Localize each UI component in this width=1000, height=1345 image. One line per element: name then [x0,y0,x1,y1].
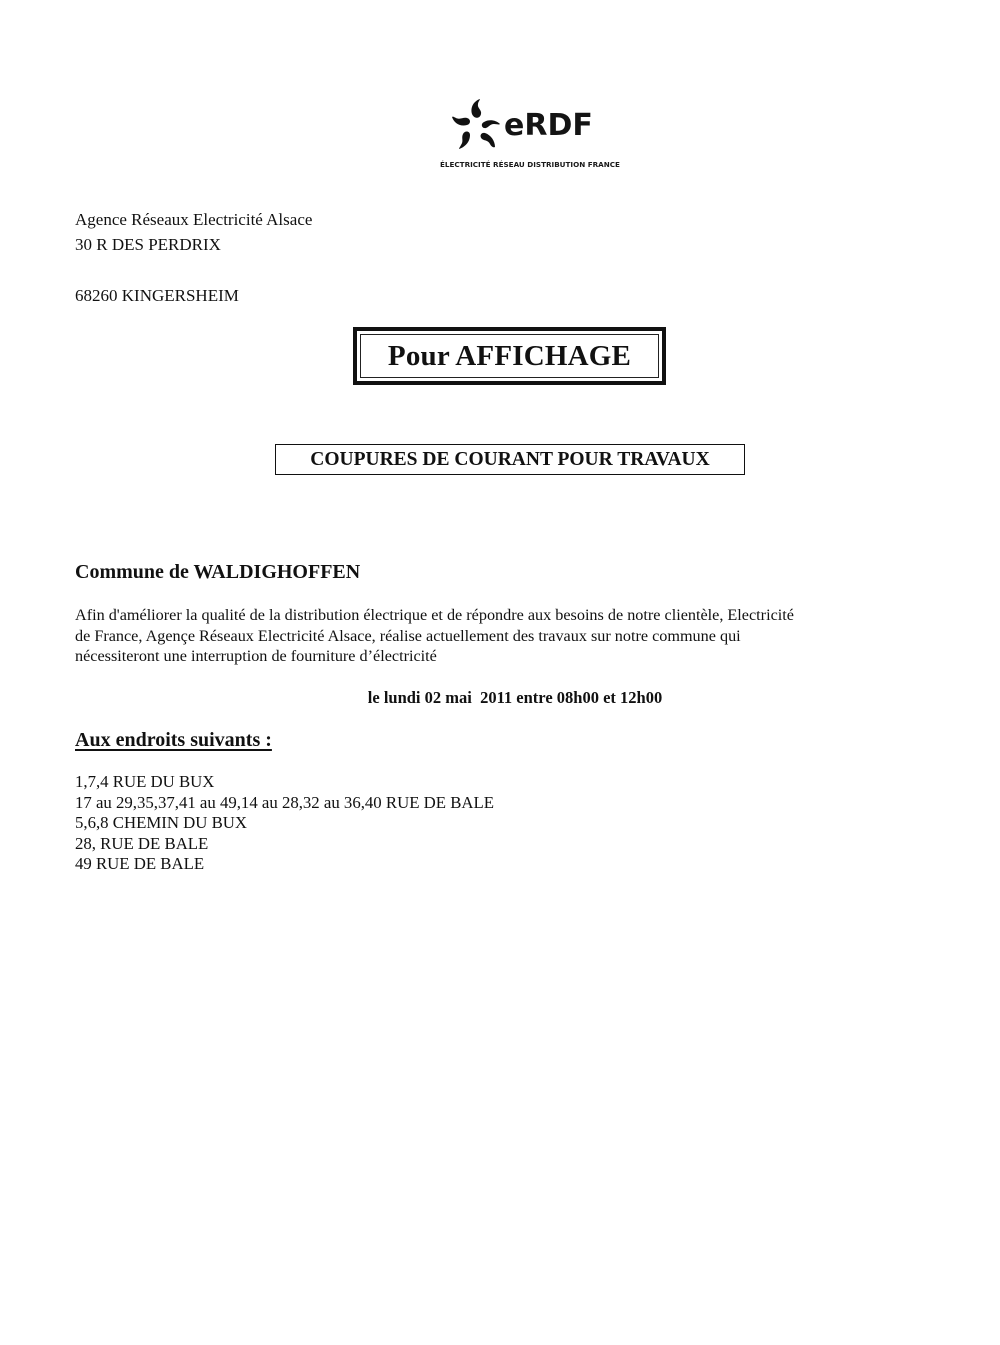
subject-box: COUPURES DE COURANT POUR TRAVAUX [275,444,745,475]
intro-paragraph: Afin d'améliorer la qualité de la distri… [75,605,875,667]
intro-line: nécessiteront une interruption de fourni… [75,646,875,667]
logo-tagline: ÉLECTRICITÉ RÉSEAU DISTRIBUTION FRANCE [440,160,630,169]
display-notice-label: Pour AFFICHAGE [388,340,631,373]
locations-heading: Aux endroits suivants : [75,729,272,752]
location-item: 1,7,4 RUE DU BUX [75,772,494,793]
outage-schedule: le lundi 02 mai 2011 entre 08h00 et 12h0… [0,688,1000,708]
display-notice-inner-border: Pour AFFICHAGE [360,334,659,378]
display-notice-box: Pour AFFICHAGE [353,327,666,385]
location-item: 17 au 29,35,37,41 au 49,14 au 28,32 au 3… [75,793,494,814]
locations-list: 1,7,4 RUE DU BUX 17 au 29,35,37,41 au 49… [75,772,494,875]
location-item: 28, RUE DE BALE [75,834,494,855]
sender-agency: Agence Réseaux Electricité Alsace [75,207,312,232]
intro-line: de France, Agençe Réseaux Electricité Al… [75,626,875,647]
sender-address: Agence Réseaux Electricité Alsace 30 R D… [75,207,312,308]
erdf-logo: eRDF ÉLECTRICITÉ RÉSEAU DISTRIBUTION FRA… [440,97,630,177]
location-item: 5,6,8 CHEMIN DU BUX [75,813,494,834]
commune-heading: Commune de WALDIGHOFFEN [75,561,360,584]
sender-street: 30 R DES PERDRIX [75,232,312,257]
location-item: 49 RUE DE BALE [75,854,494,875]
spacer [75,257,312,283]
logo-wordmark: eRDF [504,111,593,141]
sender-city: 68260 KINGERSHEIM [75,283,312,308]
subject-title: COUPURES DE COURANT POUR TRAVAUX [310,449,709,471]
intro-line: Afin d'améliorer la qualité de la distri… [75,605,875,626]
erdf-swirl-logo-icon [450,97,502,151]
